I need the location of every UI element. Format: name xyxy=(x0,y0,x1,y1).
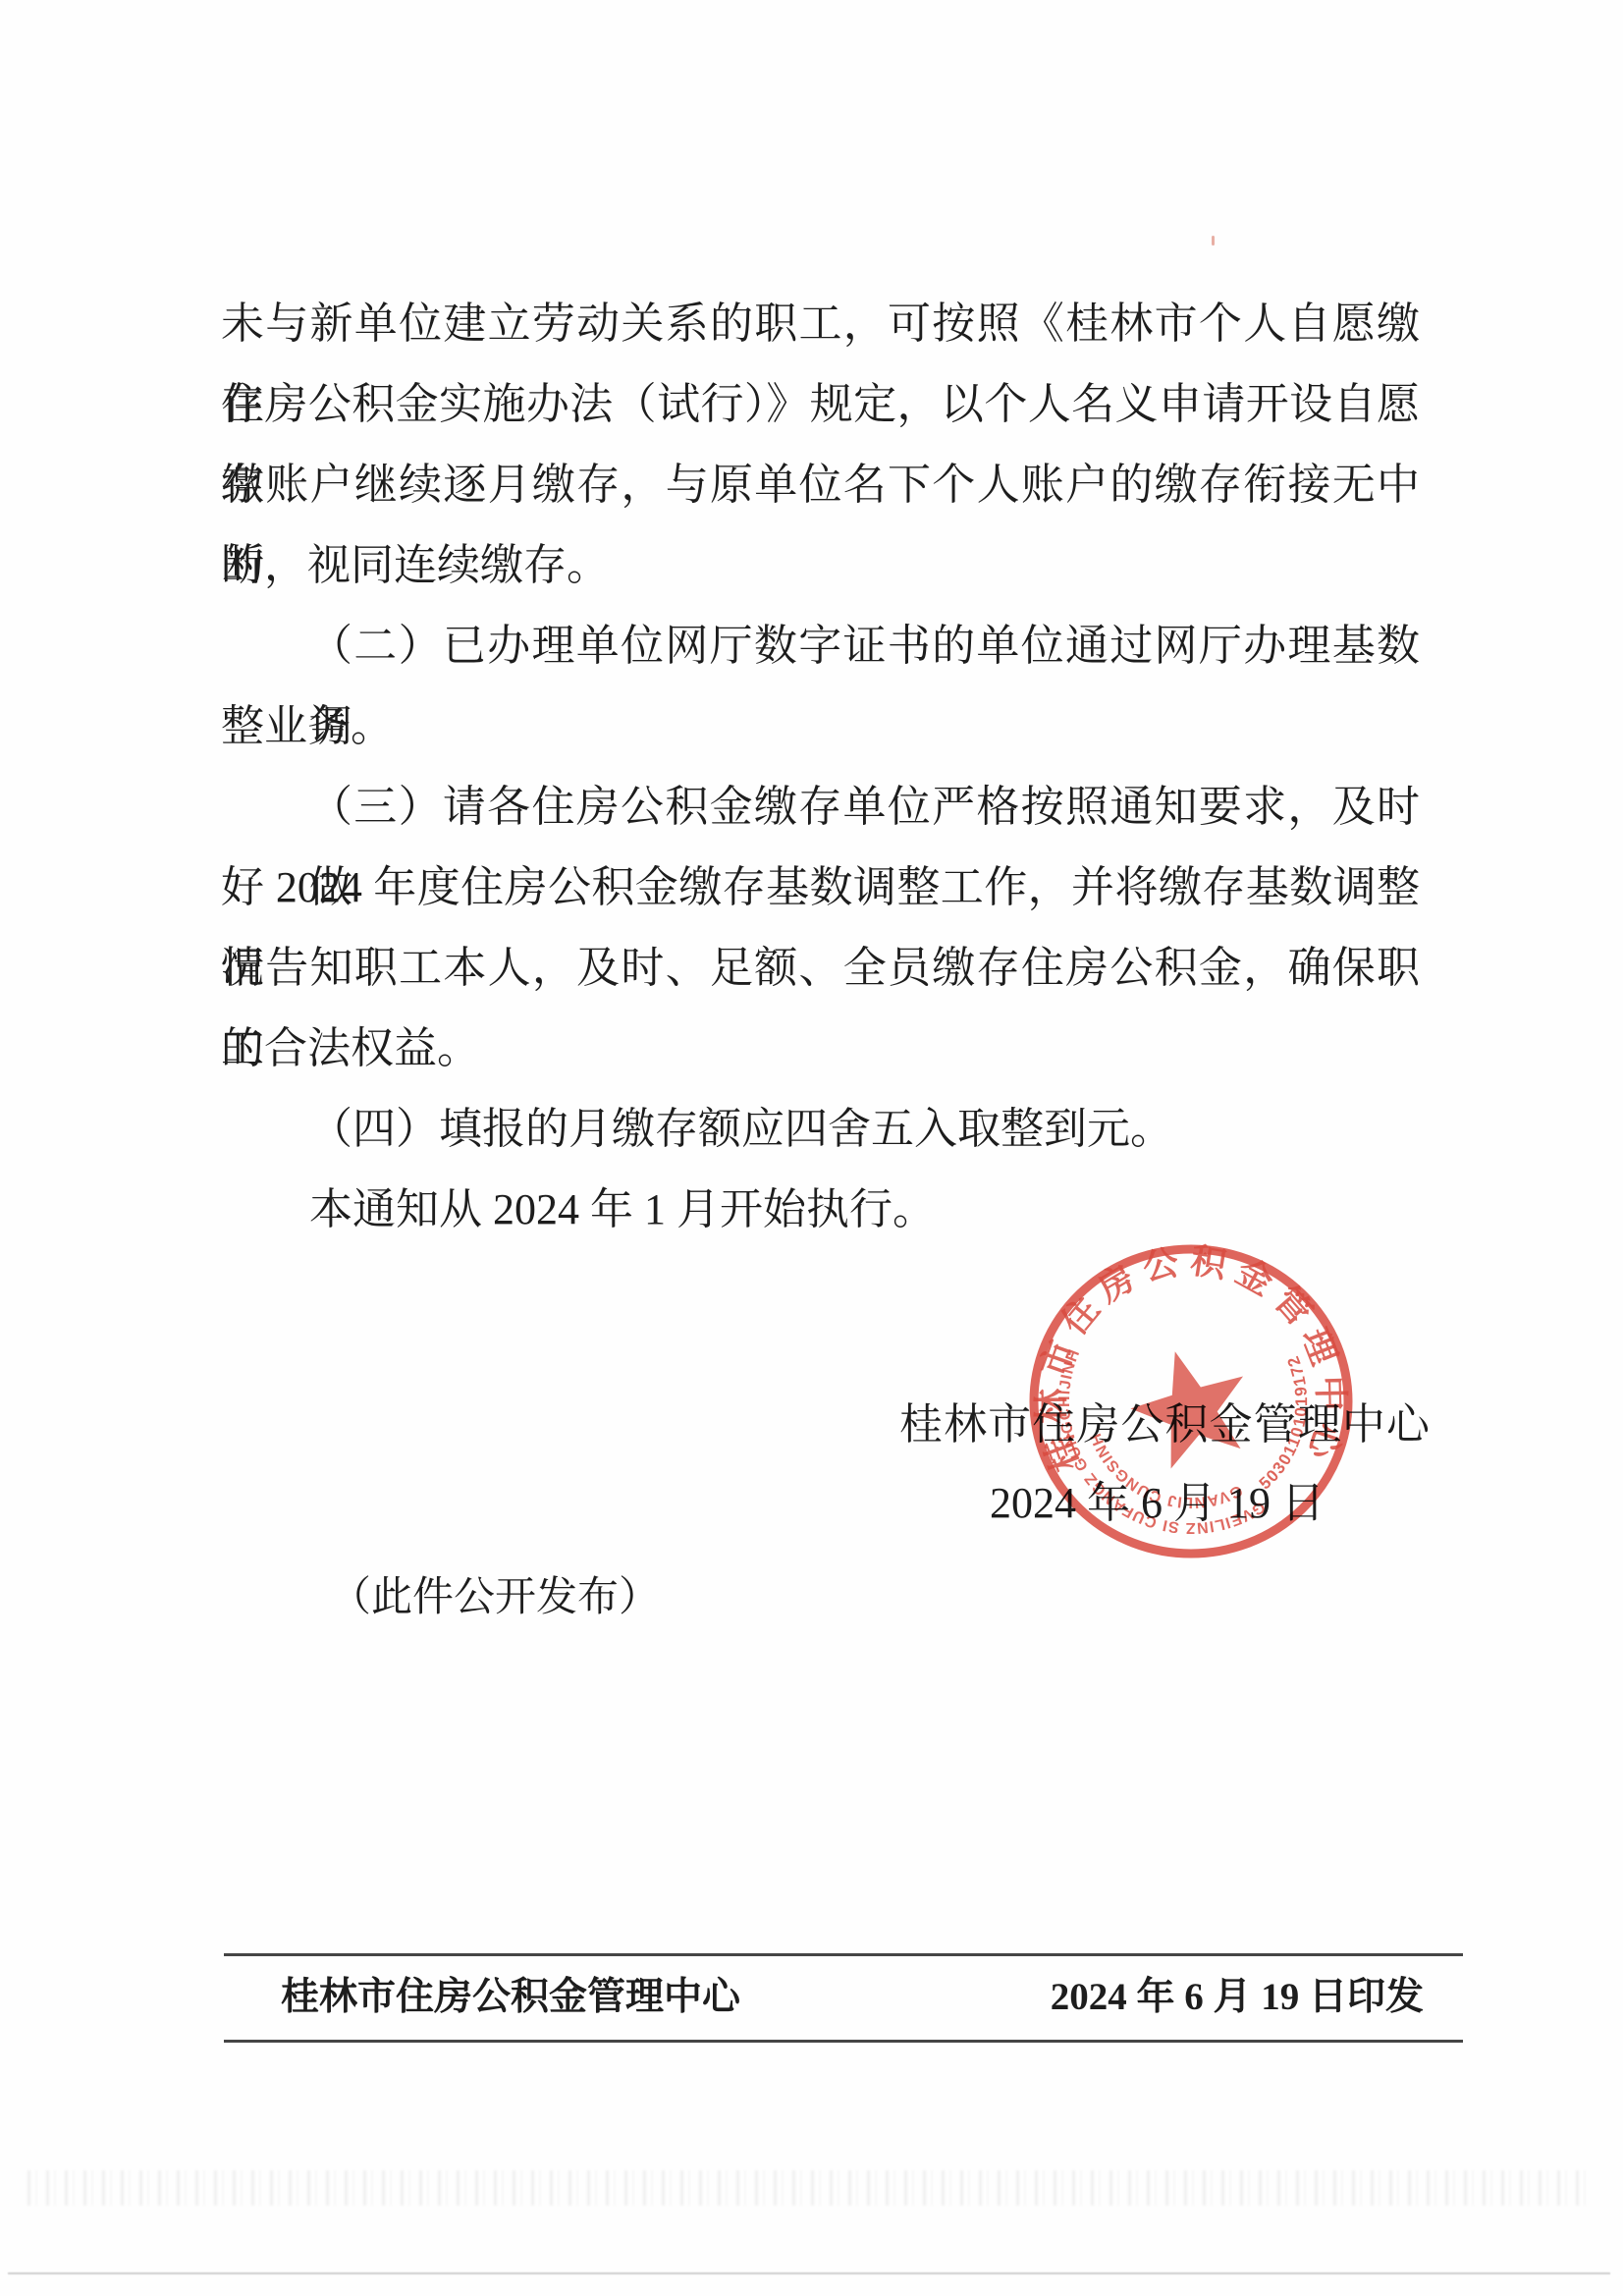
scan-noise-band xyxy=(27,2170,1589,2206)
publish-note: （此件公开发布） xyxy=(330,1573,660,1622)
body-line: 的，视同连续缴存。 xyxy=(221,525,1420,606)
seal-serial-number: 50301101019172 xyxy=(1256,1352,1311,1493)
seal-arc-text-latin-outer: GVEILINZ SI CUFANGZ GUNGCHIJINH xyxy=(1056,1346,1268,1536)
body-line: 本通知从 2024 年 1 月开始执行。 xyxy=(221,1170,1420,1250)
footer-rule-top xyxy=(224,1953,1463,1956)
body-line: 整业务。 xyxy=(221,686,1420,767)
svg-text:50301101019172: 50301101019172 xyxy=(1256,1352,1311,1493)
footer-rule-bottom xyxy=(224,2040,1463,2043)
svg-text:GVEILINZ SI CUFANGZ GUNGCHIJIN: GVEILINZ SI CUFANGZ GUNGCHIJINH xyxy=(1056,1346,1268,1536)
seal-star-icon xyxy=(1123,1342,1254,1473)
scan-artifact-speck xyxy=(1212,236,1215,246)
body-line: 未与新单位建立劳动关系的职工，可按照《桂林市个人自愿缴存 xyxy=(221,284,1420,364)
body-line: 住房公积金实施办法（试行）》规定，以个人名义申请开设自愿缴 xyxy=(221,364,1420,445)
body-line: 的合法权益。 xyxy=(221,1009,1420,1089)
body-line: （四）填报的月缴存额应四舍五入取整到元。 xyxy=(221,1089,1420,1170)
document-body: 未与新单位建立劳动关系的职工，可按照《桂林市个人自愿缴存 住房公积金实施办法（试… xyxy=(221,284,1420,1250)
official-seal-stamp: 桂林市住房公积金管理中心 GVEILINZ SI CUFANGZ GUNGCHI… xyxy=(1024,1239,1358,1563)
body-line: 况告知职工本人，及时、足额、全员缴存住房公积金，确保职工 xyxy=(221,928,1420,1009)
scan-artifact-line xyxy=(8,2272,1610,2274)
body-line: （三）请各住房公积金缴存单位严格按照通知要求，及时做 xyxy=(221,767,1420,847)
footer-org: 桂林市住房公积金管理中心 xyxy=(281,1974,740,2021)
body-line: （二）已办理单位网厅数字证书的单位通过网厅办理基数调 xyxy=(221,606,1420,686)
footer-print-date: 2024 年 6 月 19 日印发 xyxy=(1051,1974,1424,2021)
body-line: 存账户继续逐月缴存，与原单位名下个人账户的缴存衔接无中断 xyxy=(221,445,1420,525)
document-page: 未与新单位建立劳动关系的职工，可按照《桂林市个人自愿缴存 住房公积金实施办法（试… xyxy=(0,0,1623,2296)
body-line: 好 2024 年度住房公积金缴存基数调整工作，并将缴存基数调整情 xyxy=(221,847,1420,928)
